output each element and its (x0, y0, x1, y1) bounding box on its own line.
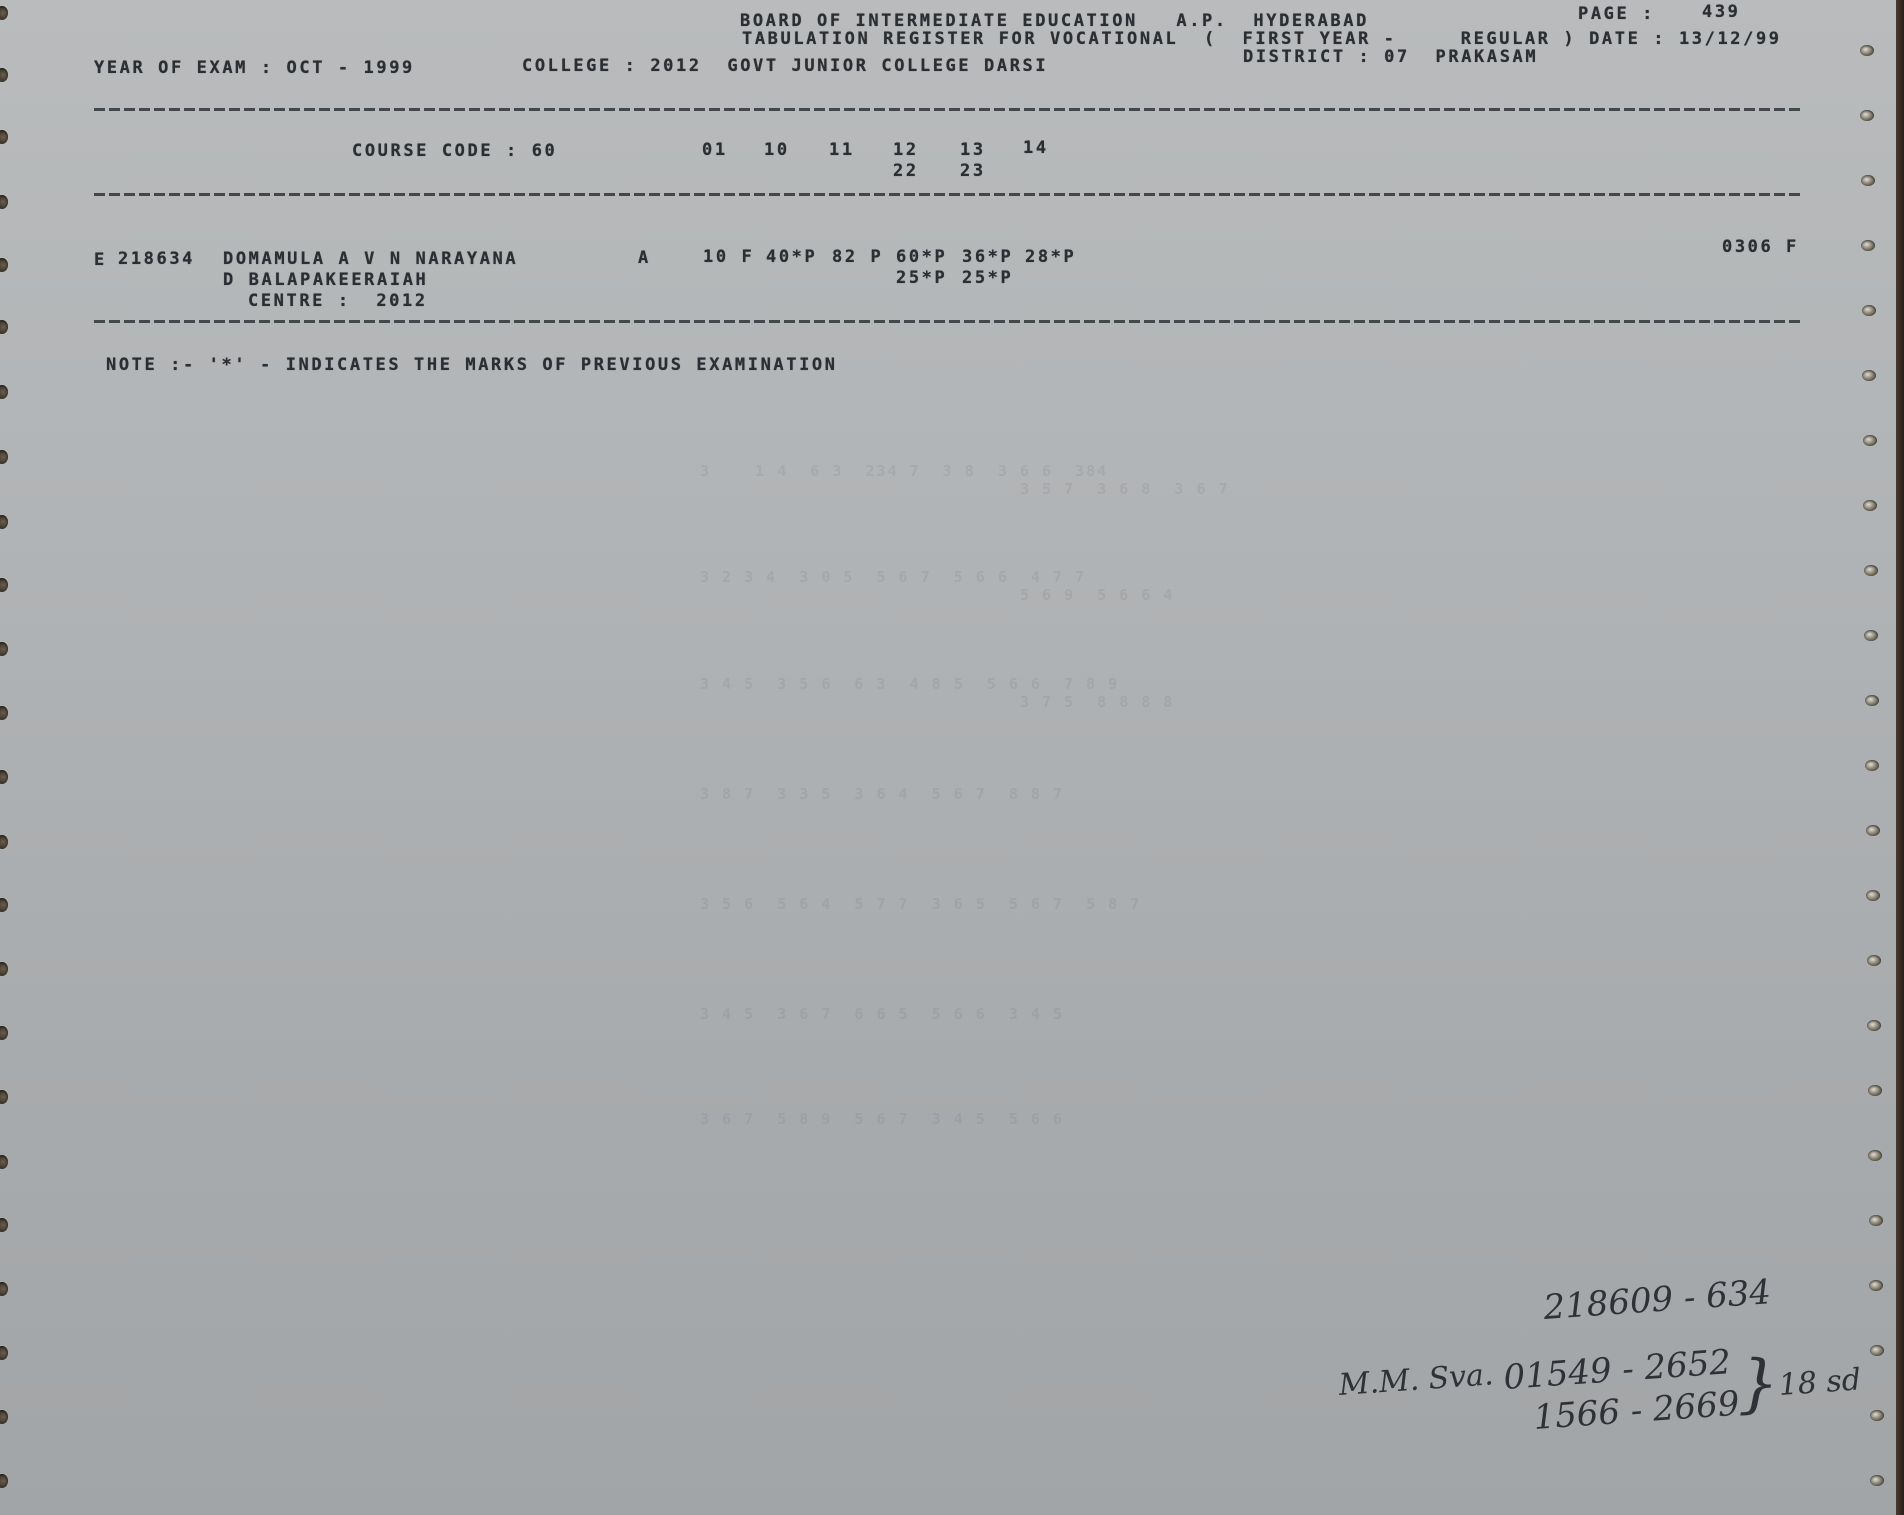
perforation-hole (1863, 500, 1877, 511)
perforation-hole (1866, 890, 1880, 901)
perforation-hole (0, 130, 8, 144)
subject-code-22: 22 (893, 161, 919, 181)
record-category: E (94, 250, 107, 270)
perforation-hole (1868, 1085, 1882, 1096)
perforation-hole (0, 450, 8, 464)
subject-code-23: 23 (960, 161, 986, 181)
perforation-hole (0, 1218, 8, 1232)
perforation-hole (1866, 825, 1880, 836)
perforation-hole (0, 642, 8, 656)
perforation-hole (0, 385, 8, 399)
total-marks: 0306 (1722, 237, 1773, 257)
perforation-hole (0, 962, 8, 976)
perforation-hole (1861, 240, 1875, 251)
mark-23: 25*P (962, 268, 1013, 288)
centre-code: CENTRE : 2012 (248, 291, 428, 311)
perforation-hole (1869, 1215, 1883, 1226)
board-title: BOARD OF INTERMEDIATE EDUCATION A.P. HYD… (740, 11, 1369, 31)
perforation-hole (1865, 695, 1879, 706)
perforation-hole (0, 706, 8, 720)
page-edge-shadow (1896, 0, 1904, 1515)
perforation-hole (1869, 1280, 1883, 1291)
subject-code-14: 14 (1023, 138, 1049, 158)
register-title: TABULATION REGISTER FOR VOCATIONAL ( FIR… (742, 29, 1782, 49)
perforation-hole (0, 1410, 8, 1424)
printout-page: BOARD OF INTERMEDIATE EDUCATION A.P. HYD… (0, 0, 1896, 1515)
year-of-exam: YEAR OF EXAM : OCT - 1999 (94, 58, 415, 78)
subject-code-01: 01 (702, 140, 728, 160)
perforation-hole (1870, 1345, 1884, 1356)
perforation-hole (1860, 45, 1874, 56)
mark-14: 28*P (1025, 247, 1076, 267)
perforation-hole (0, 835, 8, 849)
subject-code-10: 10 (764, 140, 790, 160)
perforation-hole (0, 898, 8, 912)
perforation-hole (1870, 1410, 1884, 1421)
perforation-hole (1863, 435, 1877, 446)
footnote: NOTE :- '*' - INDICATES THE MARKS OF PRE… (106, 355, 838, 375)
mark-01: 10 F (703, 247, 754, 267)
mark-12: 60*P (896, 247, 947, 267)
perforation-hole (0, 578, 8, 592)
perforation-hole (0, 320, 8, 334)
perforation-hole (0, 6, 8, 20)
perforation-hole (0, 515, 8, 529)
perforation-hole (1864, 565, 1878, 576)
handwritten-range: 218609 - 634 (1542, 1272, 1772, 1328)
perforation-hole (0, 1026, 8, 1040)
perforation-hole (0, 68, 8, 82)
mark-22: 25*P (896, 268, 947, 288)
subject-code-13: 13 (960, 140, 986, 160)
student-name: DOMAMULA A V N NARAYANA (223, 249, 518, 269)
handwritten-prefix: M.M. Sva. (1338, 1357, 1495, 1403)
perforation-hole (1865, 760, 1879, 771)
page-number: 439 (1702, 2, 1741, 22)
subject-code-12: 12 (893, 140, 919, 160)
perforation-hole (0, 1155, 8, 1169)
perforation-hole (1862, 305, 1876, 316)
mark-10: 40*P (766, 247, 817, 267)
divider-course (94, 193, 1800, 196)
perforation-hole (1867, 1020, 1881, 1031)
subject-code-11: 11 (829, 140, 855, 160)
handwritten-brace: } (1738, 1352, 1779, 1416)
perforation-hole (1870, 1475, 1884, 1486)
perforation-hole (0, 258, 8, 272)
father-name: D BALAPAKEERAIAH (223, 270, 428, 290)
college-info: COLLEGE : 2012 GOVT JUNIOR COLLEGE DARSI (522, 56, 1048, 76)
perforation-hole (0, 1282, 8, 1296)
perforation-hole (1868, 1150, 1882, 1161)
mark-11: 82 P (832, 247, 883, 267)
medium: A (638, 248, 651, 268)
perforation-hole (1861, 175, 1875, 186)
perforation-hole (0, 1090, 8, 1104)
result-status: F (1786, 237, 1799, 257)
perforation-hole (0, 1346, 8, 1360)
perforation-hole (0, 195, 8, 209)
course-code: COURSE CODE : 60 (352, 141, 557, 161)
mark-13: 36*P (962, 247, 1013, 267)
hall-ticket-number: 218634 (118, 249, 195, 269)
perforation-hole (1860, 110, 1874, 121)
divider-record (94, 320, 1800, 323)
district-info: DISTRICT : 07 PRAKASAM (1243, 47, 1538, 67)
perforation-hole (0, 770, 8, 784)
perforation-hole (1862, 370, 1876, 381)
perforation-hole (1864, 630, 1878, 641)
page-label: PAGE : (1578, 4, 1655, 24)
perforation-hole (1867, 955, 1881, 966)
divider-top (94, 108, 1800, 111)
perforation-hole (0, 1474, 8, 1488)
handwritten-count: 18 sd (1778, 1362, 1863, 1403)
